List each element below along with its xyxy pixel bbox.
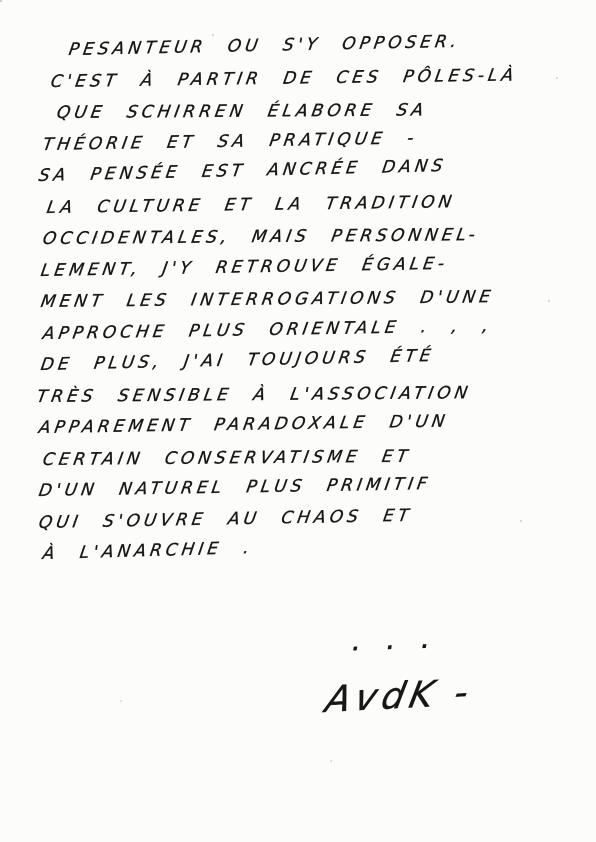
signature: AvdK - [322, 672, 477, 721]
handwritten-text-block: PESANTEUR OU S'Y OPPOSER. C'EST À PARTIR… [0, 40, 596, 576]
scanned-page: PESANTEUR OU S'Y OPPOSER. C'EST À PARTIR… [0, 0, 596, 842]
handwritten-line-6: LA CULTURE ET LA TRADITION [43, 190, 596, 229]
ellipsis-mark: . . . [352, 628, 440, 655]
